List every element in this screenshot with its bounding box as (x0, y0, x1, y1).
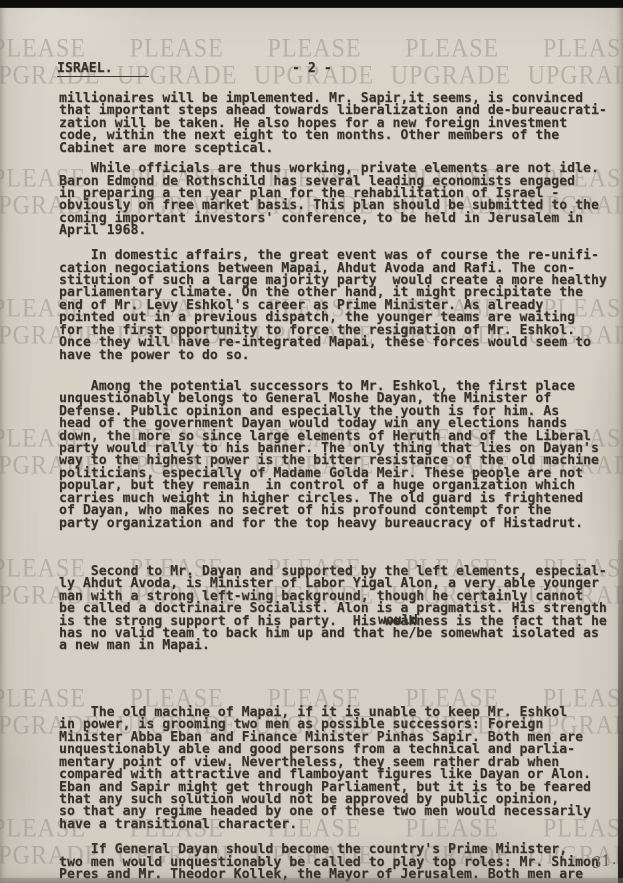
watermark-word: PLEASE (130, 35, 224, 64)
watermark-word: PLEASE (405, 35, 499, 64)
paragraph-3: In domestic affairs, the great event was… (59, 250, 619, 362)
document-body: millionaires will be implemented. Mr. Sa… (59, 93, 619, 882)
document-header: ISRAEL. - 2 - (59, 63, 619, 79)
page-number: - 2 - (292, 63, 332, 75)
paragraph-4: Among the potential successors to Mr. Es… (59, 381, 619, 530)
document-content: ISRAEL. - 2 - millionaires will be imple… (59, 63, 619, 79)
paragraph-6: The old machine of Mapai, if it is unabl… (59, 707, 619, 831)
scanned-page: PLEASEPLEASEPLEASEPLEASEPLEASEUPGRADEUPG… (0, 0, 623, 883)
paragraph-1: millionaires will be implemented. Mr. Sa… (59, 93, 619, 155)
section-title: ISRAEL. (57, 63, 149, 77)
paragraph-7: If General Dayan should become the count… (59, 844, 619, 881)
paragraph-2: While officials are thus working, privat… (59, 163, 619, 238)
watermark-word: PLEASE (0, 35, 86, 64)
scan-edge-top (0, 0, 623, 8)
paragraph-5-text: Second to Mr. Dayan and supported by the… (59, 566, 619, 653)
watermark-word: PLEASE (267, 35, 361, 64)
typed-correction-insert: would (378, 615, 418, 627)
scan-edge-right (618, 540, 623, 883)
watermark-word: PLEASE (543, 35, 623, 64)
scan-edge-bottom (0, 878, 623, 883)
watermark-row: PLEASEPLEASEPLEASEPLEASEPLEASE (0, 35, 623, 64)
paragraph-5: Second to Mr. Dayan and supported by the… (59, 541, 619, 690)
